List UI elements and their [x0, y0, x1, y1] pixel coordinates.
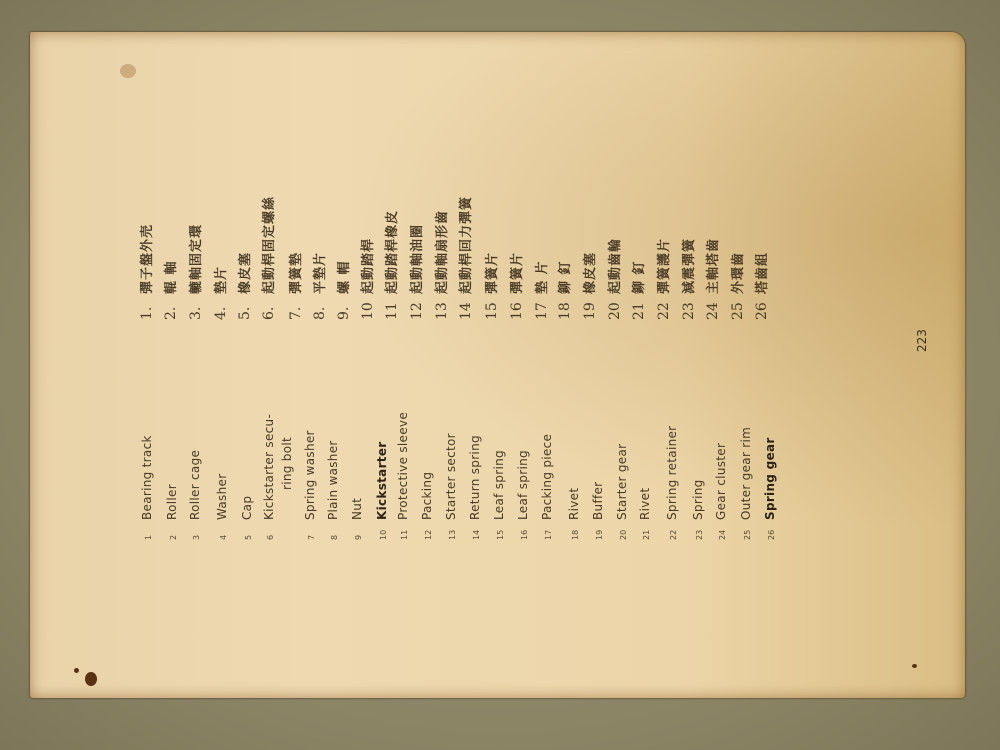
item-number: 18	[557, 294, 573, 320]
parts-list-item: 19Buffer	[587, 482, 606, 540]
item-label: 起動軸油圈	[410, 224, 425, 294]
parts-list-item: 11起動踏桿橡皮	[381, 210, 400, 320]
item-label: Kickstarter secu-	[262, 414, 276, 520]
parts-list-item: 16Leaf spring	[512, 450, 531, 540]
item-label: Spring gear	[763, 437, 777, 520]
item-label: 彈簧護片	[657, 238, 672, 294]
item-number: 13	[448, 520, 457, 540]
item-label: Plain washer	[326, 440, 340, 520]
item-number: 21	[631, 294, 647, 320]
item-number: 22	[656, 294, 672, 320]
item-label: 墊片	[214, 266, 229, 294]
item-label: 起動踏桿	[361, 238, 376, 294]
item-number: 20	[619, 520, 628, 540]
parts-list-item: ring bolt	[276, 437, 295, 510]
item-number: 22	[669, 520, 678, 540]
parts-list-item: 15彈簧片	[481, 252, 500, 320]
parts-list-item: 11Protective sleeve	[392, 412, 411, 540]
parts-list-item: 18鉚 釘	[554, 260, 573, 320]
item-number: 24	[718, 520, 727, 540]
parts-list-item: 20起動齒輪	[604, 238, 623, 320]
item-number: 20	[607, 294, 623, 320]
parts-list-item: 5.橡皮塞	[234, 252, 253, 320]
item-number: 9.	[336, 294, 352, 320]
stain-spot	[912, 664, 917, 668]
parts-list-item: 9.螺 帽	[333, 260, 352, 320]
item-number: 18	[571, 520, 580, 540]
parts-list-item: 7.彈簧墊	[285, 252, 304, 320]
item-number: 10	[379, 520, 388, 540]
item-number: 23	[681, 294, 697, 320]
item-number: 14	[472, 520, 481, 540]
item-label: Roller cage	[188, 450, 202, 520]
parts-list-item: 7Spring washer	[299, 430, 318, 540]
item-label: 彈子盤外売	[140, 224, 155, 294]
item-label: Spring washer	[303, 430, 317, 520]
item-label: 轆軸固定環	[189, 224, 204, 294]
parts-list-item: 6Kickstarter secu-	[258, 414, 277, 540]
item-label: Kickstarter	[375, 442, 389, 521]
parts-list-item: 14Return spring	[464, 435, 483, 540]
item-number: 3	[192, 520, 201, 540]
item-label: Return spring	[468, 435, 482, 520]
item-number: 4.	[213, 294, 229, 320]
parts-list-item: 23Spring	[687, 479, 706, 540]
item-label: 橡皮塞	[583, 252, 598, 294]
parts-list-item: 23減震彈簧	[678, 238, 697, 320]
item-label: Packing piece	[540, 434, 554, 520]
item-number: 17	[534, 294, 550, 320]
parts-list-item: 15Leaf spring	[488, 450, 507, 540]
item-label: Protective sleeve	[396, 412, 410, 520]
item-number: 15	[496, 520, 505, 540]
page-number: 223	[915, 329, 929, 352]
parts-list-item: 20Starter gear	[611, 444, 630, 540]
item-number: 17	[544, 520, 553, 540]
parts-list-item: 26塔齒組	[751, 252, 770, 320]
item-number: 9	[354, 520, 363, 540]
parts-list-item: 17墊 片	[531, 260, 550, 320]
item-number: 13	[434, 294, 450, 320]
parts-list-item: 6.起動桿固定螺絲	[258, 196, 277, 320]
item-label: 墊 片	[535, 260, 550, 294]
item-label: Buffer	[591, 482, 605, 520]
item-label: 外環齒	[731, 252, 746, 294]
item-number: 11	[400, 520, 409, 540]
item-number: 1.	[139, 294, 155, 320]
parts-list-item: 12起動軸油圈	[406, 224, 425, 320]
parts-list-item: 14起動桿回力彈簧	[455, 196, 474, 320]
item-number: 8.	[312, 294, 328, 320]
item-label: ring bolt	[280, 437, 294, 490]
item-label: 橡皮塞	[238, 252, 253, 294]
item-number: 1	[144, 520, 153, 540]
parts-list-item: 22彈簧護片	[653, 238, 672, 320]
item-label: Leaf spring	[516, 450, 530, 520]
item-number: 26	[754, 294, 770, 320]
item-label: Starter gear	[615, 444, 629, 520]
item-label: 平墊片	[313, 252, 328, 294]
parts-list-item: 25外環齒	[727, 252, 746, 320]
item-label: 鉚 釘	[632, 260, 647, 294]
parts-list-item: 24Gear cluster	[710, 443, 729, 540]
item-number: 25	[743, 520, 752, 540]
parts-list-item: 2Roller	[161, 484, 180, 540]
document-page	[30, 32, 965, 698]
parts-list-item: 19橡皮塞	[579, 252, 598, 320]
parts-list-item: 13Starter sector	[440, 433, 459, 540]
parts-list-item: 12Packing	[416, 472, 435, 540]
item-label: Bearing track	[140, 435, 154, 520]
parts-list-item: 3Roller cage	[184, 450, 203, 540]
item-label: Gear cluster	[714, 443, 728, 520]
item-label: Starter sector	[444, 433, 458, 520]
item-number: 19	[595, 520, 604, 540]
parts-list-item: 1Bearing track	[136, 435, 155, 540]
parts-list-item: 4.墊片	[210, 266, 229, 320]
parts-list-item: 18Rivet	[563, 488, 582, 540]
item-label: 塔齒組	[755, 252, 770, 294]
item-number: 5.	[237, 294, 253, 320]
parts-list-item: 10Kickstarter	[371, 442, 390, 541]
item-label: 輥 軸	[164, 260, 179, 294]
parts-list-item: 4Washer	[211, 474, 230, 540]
item-number: 23	[695, 520, 704, 540]
item-label: Washer	[215, 474, 229, 520]
item-label: Nut	[350, 498, 364, 520]
parts-list-item: 8.平墊片	[309, 252, 328, 320]
item-number: 6.	[261, 294, 277, 320]
item-label: Spring	[691, 479, 705, 520]
item-label: 起動齒輪	[608, 238, 623, 294]
parts-list-item: 17Packing piece	[536, 434, 555, 540]
item-label: Leaf spring	[492, 450, 506, 520]
item-number: 5	[244, 520, 253, 540]
item-label: 起動桿固定螺絲	[262, 196, 277, 294]
item-label: Spring retainer	[665, 426, 679, 520]
item-label: Rivet	[638, 488, 652, 520]
parts-list-item: 13起動軸扇形齒	[431, 210, 450, 320]
parts-list-item: 3.轆軸固定環	[185, 224, 204, 320]
parts-list-item: 22Spring retainer	[661, 426, 680, 540]
stain-spot	[85, 672, 97, 686]
item-label: 彈簧墊	[289, 252, 304, 294]
item-label: 彈簧片	[485, 252, 500, 294]
item-number: 2	[169, 520, 178, 540]
parts-list-item: 26Spring gear	[759, 437, 778, 540]
item-number: 24	[705, 294, 721, 320]
item-label: 螺 帽	[337, 260, 352, 294]
item-label: Roller	[165, 484, 179, 520]
item-label: 起動軸扇形齒	[435, 210, 450, 294]
item-number: 19	[582, 294, 598, 320]
parts-list-item: 21鉚 釘	[628, 260, 647, 320]
item-label: Rivet	[567, 488, 581, 520]
item-number: 3.	[188, 294, 204, 320]
parts-list-item: 8Plain washer	[322, 440, 341, 540]
item-number: 10	[360, 294, 376, 320]
stain-spot	[120, 64, 136, 78]
parts-list-item: 24主軸塔齒	[702, 238, 721, 320]
parts-list-item: 9Nut	[346, 498, 365, 540]
parts-list-item: 21Rivet	[634, 488, 653, 540]
item-number: 2.	[163, 294, 179, 320]
item-number: 25	[730, 294, 746, 320]
item-label: 減震彈簧	[682, 238, 697, 294]
stain-spot	[74, 668, 79, 673]
item-number: 21	[642, 520, 651, 540]
item-label: 鉚 釘	[558, 260, 573, 294]
item-number: 12	[424, 520, 433, 540]
item-number: 12	[409, 294, 425, 320]
parts-list-item: 2.輥 軸	[160, 260, 179, 320]
item-number: 7	[307, 520, 316, 540]
item-number: 6	[266, 520, 275, 540]
item-number: 16	[520, 520, 529, 540]
item-number: 4	[219, 520, 228, 540]
parts-list-item: 10起動踏桿	[357, 238, 376, 320]
parts-list-item: 1.彈子盤外売	[136, 224, 155, 320]
item-label: 起動桿回力彈簧	[459, 196, 474, 294]
item-number: 8	[330, 520, 339, 540]
parts-list-item: 25Outer gear rim	[735, 427, 754, 540]
item-number: 11	[384, 294, 400, 320]
item-number: 26	[767, 520, 776, 540]
item-label: 起動踏桿橡皮	[385, 210, 400, 294]
item-number: 14	[458, 294, 474, 320]
item-label: Cap	[240, 496, 254, 520]
item-number: 15	[484, 294, 500, 320]
item-number: 16	[509, 294, 525, 320]
item-number: 7.	[288, 294, 304, 320]
item-label: Packing	[420, 472, 434, 520]
item-label: 主軸塔齒	[706, 238, 721, 294]
item-label: Outer gear rim	[739, 427, 753, 520]
item-label: 彈簧片	[510, 252, 525, 294]
parts-list-item: 16彈簧片	[506, 252, 525, 320]
parts-list-item: 5Cap	[236, 496, 255, 540]
